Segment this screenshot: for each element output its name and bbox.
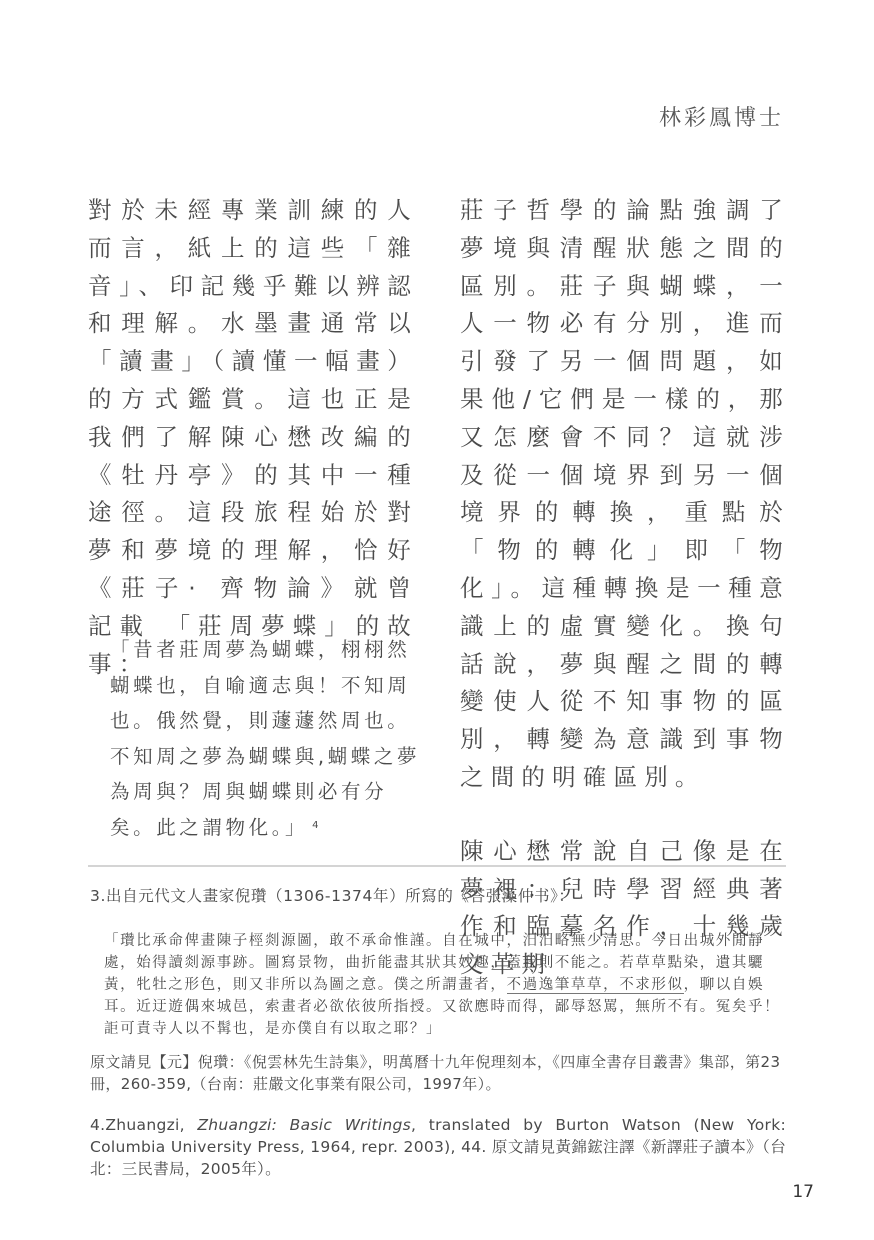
right-body-paragraph-1: 莊子哲學的論點強調了夢境與清醒狀態之間的區別。莊子與蝴蝶，一人一物必有分別，進而… <box>460 192 790 797</box>
page-number: 17 <box>792 1182 814 1202</box>
footnote-3-quote: 「瓚比承命俾畫陳子桱剡源圖，敢不承命惟謹。自在城中，汨汨略無少清思。今日出城外閒… <box>104 930 788 1040</box>
footnote-4: 4.Zhuangzi, Zhuangzi: Basic Writings, tr… <box>90 1114 786 1180</box>
footnote-3-quote-underlined: 不過逸筆草草，不求形似 <box>507 977 684 994</box>
left-body-paragraph: 對於未經專業訓練的人而言，紙上的這些「雜音」、印記幾乎難以辨認和理解。水墨畫通常… <box>88 192 418 683</box>
zhuangzi-quote-block: 「昔者莊周夢為蝴蝶，栩栩然蝴蝶也，自喻適志與！不知周也。俄然覺，則蘧蘧然周也。不… <box>110 632 422 846</box>
footnote-4-prefix: 4.Zhuangzi, <box>90 1116 197 1134</box>
running-header-author: 林彩鳳博士 <box>659 101 784 132</box>
footnote-ref-4[interactable]: 4 <box>312 820 322 831</box>
footnote-3-source: 原文請見【元】倪瓚：《倪雲林先生詩集》，明萬曆十九年倪理刻本，《四庫全書存目叢書… <box>90 1051 786 1095</box>
footnote-divider <box>88 865 786 867</box>
footnote-4-book-title: Zhuangzi: Basic Writings <box>197 1116 411 1134</box>
footnote-3-label: 3.出自元代文人畫家倪瓚（1306-1374年）所寫的《答张藻仲书》： <box>90 884 786 906</box>
left-column: 對於未經專業訓練的人而言，紙上的這些「雜音」、印記幾乎難以辨認和理解。水墨畫通常… <box>88 192 418 683</box>
quote-text: 「昔者莊周夢為蝴蝶，栩栩然蝴蝶也，自喻適志與！不知周也。俄然覺，則蘧蘧然周也。不… <box>110 638 420 839</box>
